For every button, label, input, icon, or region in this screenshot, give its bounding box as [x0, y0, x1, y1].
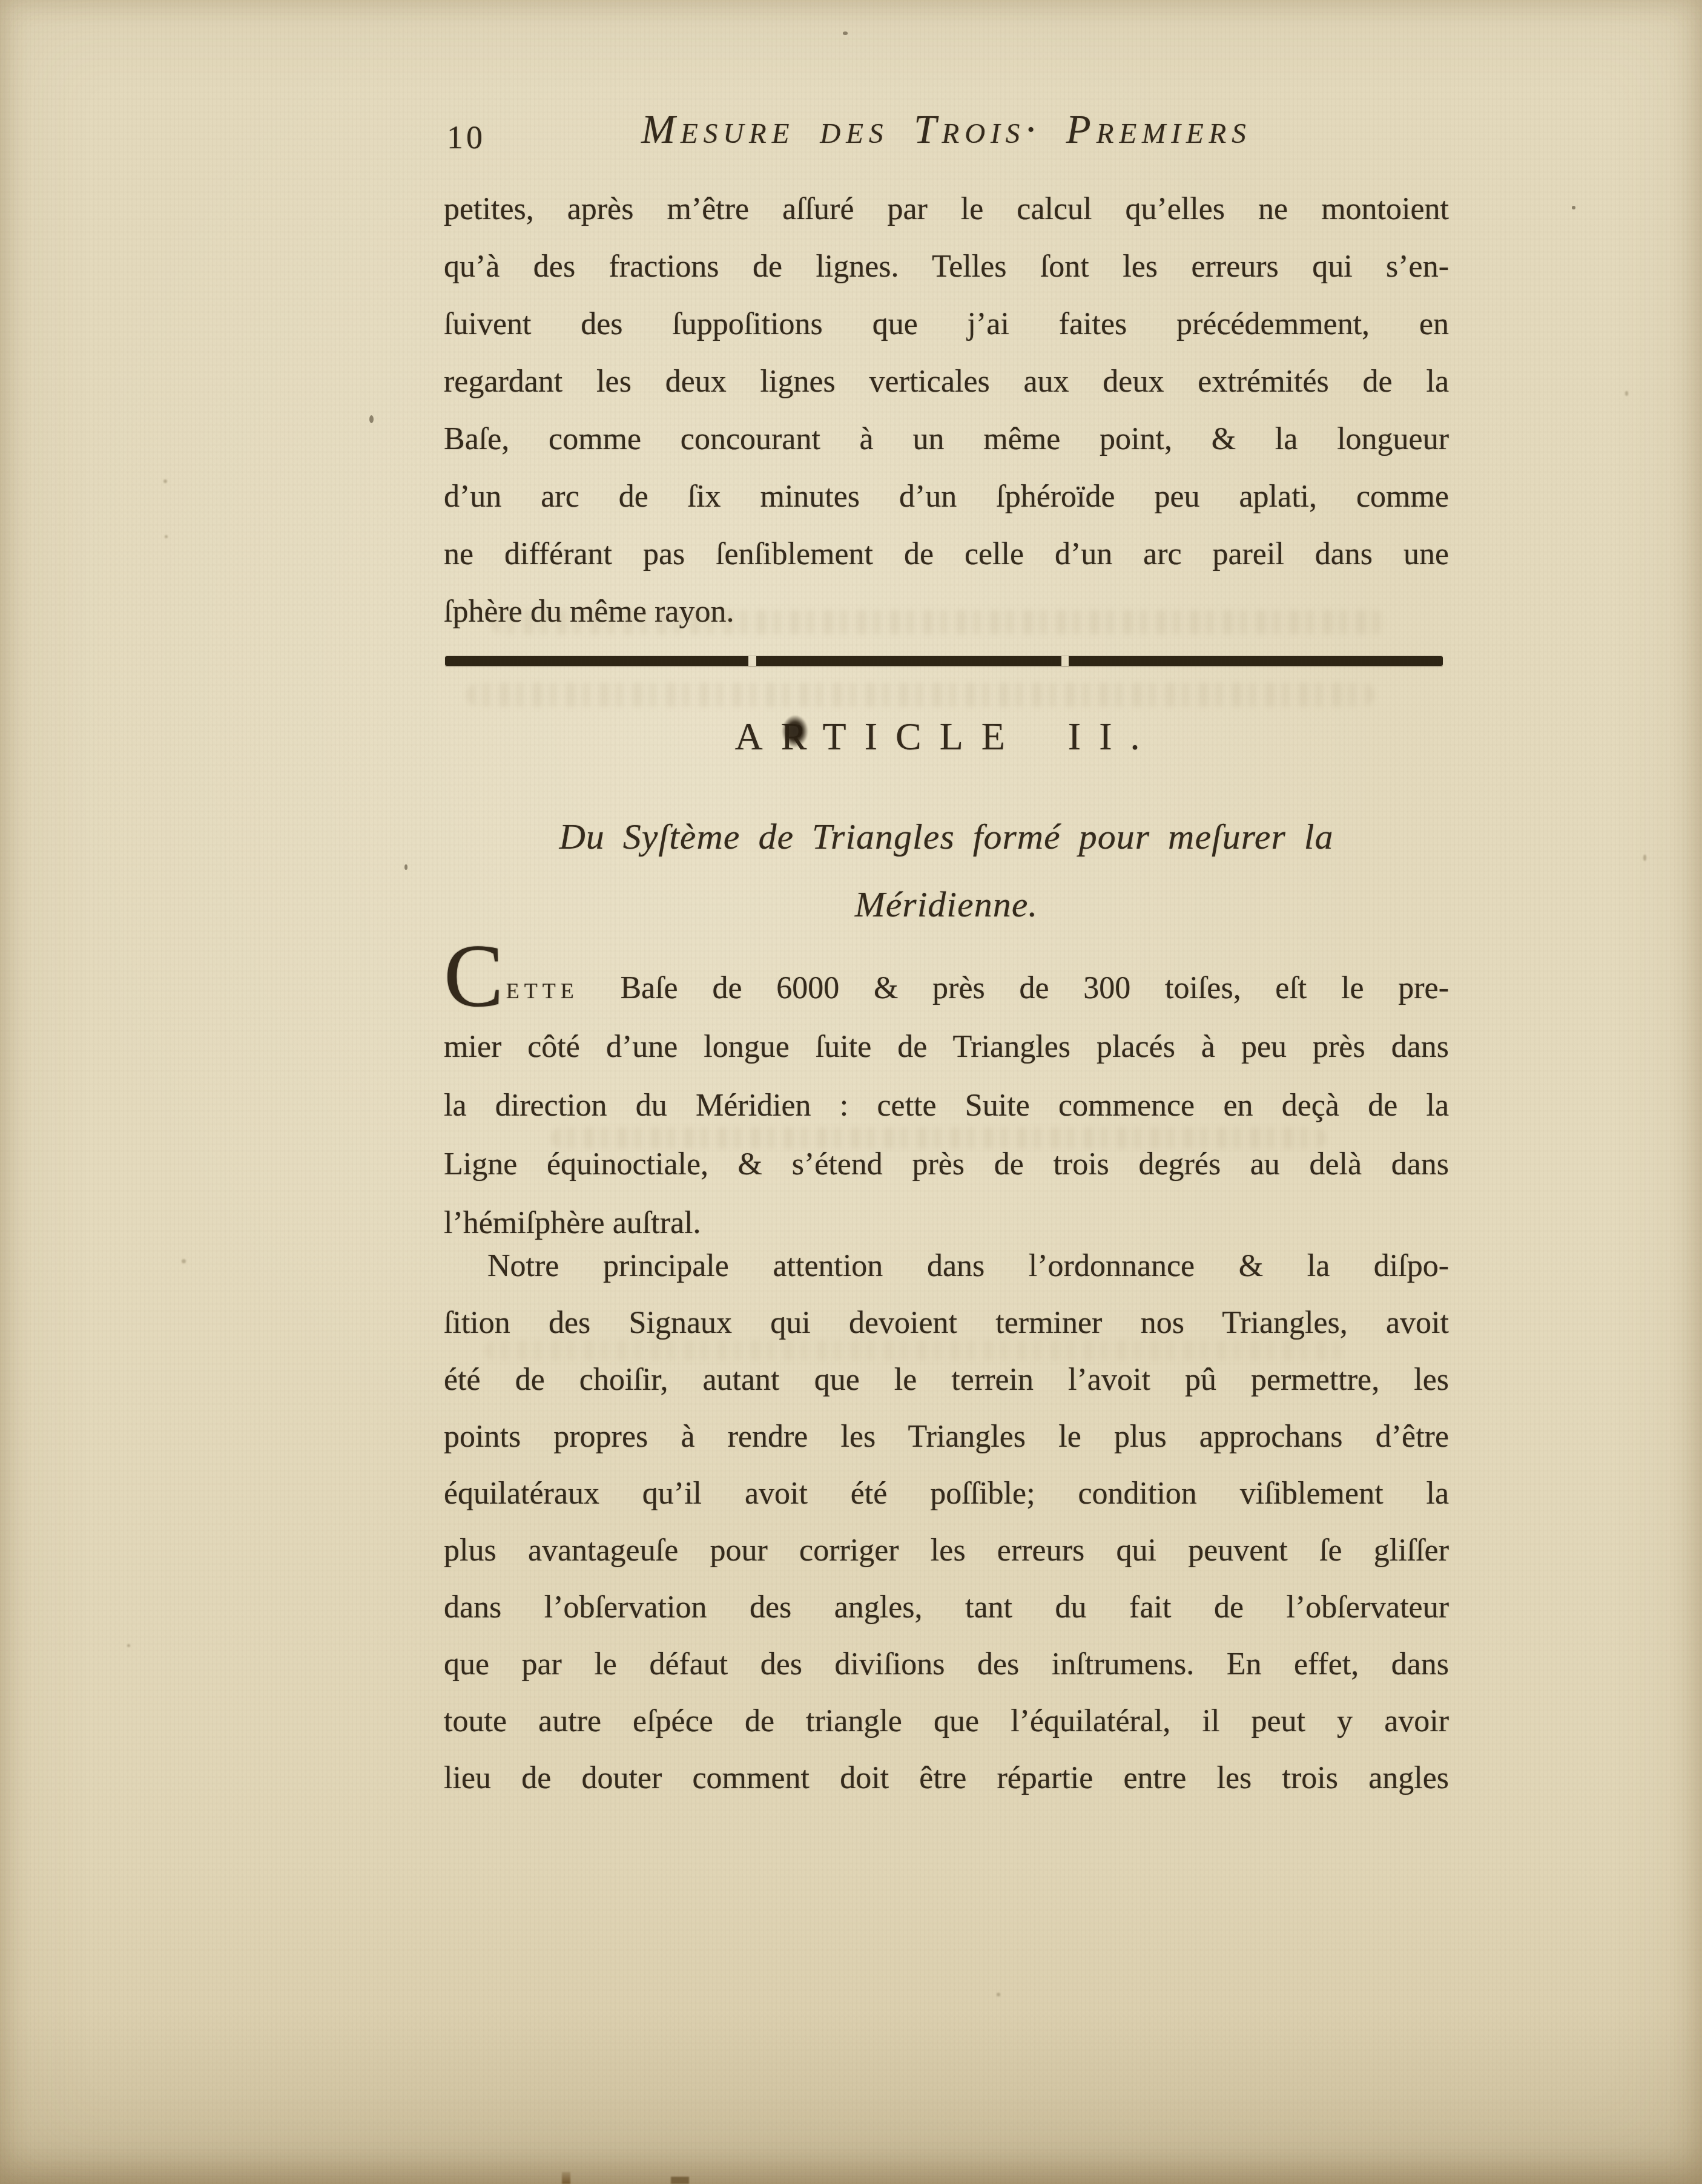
text-line: petites, après m’être aſſuré par le calc…: [444, 180, 1449, 238]
running-header: Mesure des Trois· Premiers: [444, 107, 1449, 153]
paper-speck: [997, 1993, 1000, 1996]
paper-speck: [163, 479, 167, 483]
subtitle-line: Du Syſtème de Triangles formé pour meſur…: [444, 803, 1449, 870]
text-line: regardant les deux lignes verticales aux…: [444, 353, 1449, 410]
paper-speck: [182, 1259, 186, 1263]
text-line: Notre principale attention dans l’ordonn…: [444, 1238, 1449, 1295]
paper-speck: [369, 415, 374, 423]
text-line: dans l’obſervation des angles, tant du f…: [444, 1579, 1449, 1636]
large-initial-capital: C: [444, 927, 506, 1026]
text-line: Baſe, comme concourant à un même point, …: [444, 410, 1449, 468]
paper-speck: [404, 864, 407, 870]
text-line-rest: Baſe de 6000 & près de 300 toiſes, eſt l…: [586, 971, 1449, 1005]
scanned-book-page: 10 Mesure des Trois· Premiers petites, a…: [0, 0, 1702, 2184]
text-line: ſphère du même rayon.: [444, 583, 1449, 640]
text-line: ne différant pas ſenſiblement de celle d…: [444, 525, 1449, 583]
article-subtitle: Du Syſtème de Triangles formé pour meſur…: [444, 803, 1449, 938]
page-edge-mark: [562, 2172, 570, 2184]
text-line: été de choiſir, autant que le terrein l’…: [444, 1352, 1449, 1409]
text-line: équilatéraux qu’il avoit été poſſible; c…: [444, 1465, 1449, 1522]
text-line: Ligne équinoctiale, & s’étend près de tr…: [444, 1135, 1449, 1194]
text-line: plus avantageuſe pour corriger les erreu…: [444, 1522, 1449, 1579]
paper-speck: [1572, 206, 1575, 209]
paragraph-continuation: petites, après m’être aſſuré par le calc…: [444, 180, 1449, 640]
text-line: ſition des Signaux qui devoient terminer…: [444, 1295, 1449, 1352]
text-line: d’un arc de ſix minutes d’un ſphéroïde p…: [444, 468, 1449, 525]
text-line: toute autre eſpéce de triangle que l’équ…: [444, 1693, 1449, 1750]
paper-speck: [127, 1644, 130, 1647]
small-caps-word-start: ette: [506, 971, 579, 1005]
paper-speck: [1625, 391, 1628, 396]
paragraph-notre-principale: Notre principale attention dans l’ordonn…: [444, 1238, 1449, 1807]
paper-speck: [165, 535, 168, 538]
text-line: que par le défaut des diviſions des inſt…: [444, 1636, 1449, 1693]
article-heading: ARTICLE II.: [444, 714, 1449, 759]
paper-speck: [1643, 855, 1646, 861]
page-edge-mark: [671, 2177, 689, 2184]
text-line: qu’à des fractions de lignes. Telles ſon…: [444, 238, 1449, 295]
ink-bleed-through: [466, 683, 1374, 707]
subtitle-line: Méridienne.: [444, 870, 1449, 938]
text-line: mier côté d’une longue ſuite de Triangle…: [444, 1018, 1449, 1076]
text-line-with-initial: Cette Baſe de 6000 & près de 300 toiſes,…: [444, 959, 1449, 1018]
section-divider-rule: [445, 656, 1443, 666]
paragraph-cette-base: Cette Baſe de 6000 & près de 300 toiſes,…: [444, 959, 1449, 1252]
text-line: points propres à rendre les Triangles le…: [444, 1409, 1449, 1465]
paper-speck: [843, 31, 848, 35]
text-line: lieu de douter comment doit être réparti…: [444, 1750, 1449, 1807]
text-line: la direction du Méridien : cette Suite c…: [444, 1076, 1449, 1135]
text-line: ſuivent des ſuppoſitions que j’ai faites…: [444, 295, 1449, 353]
